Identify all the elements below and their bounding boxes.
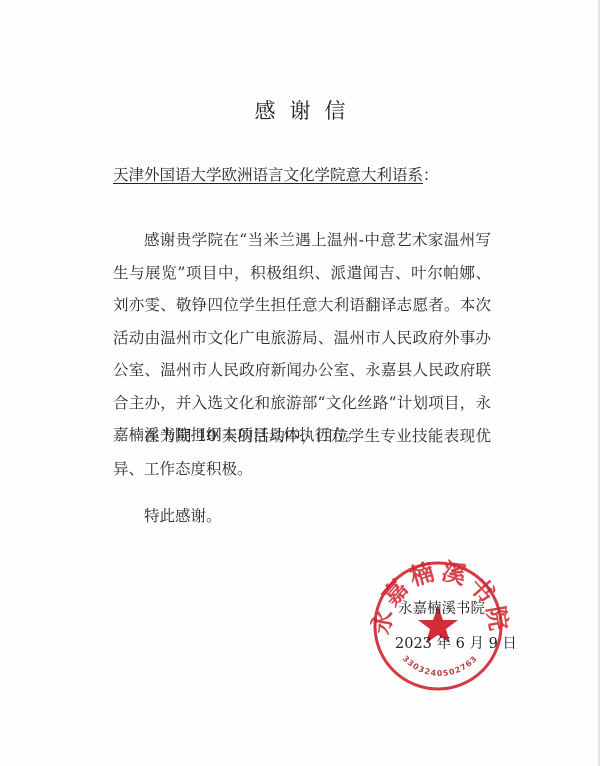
paragraph-performance: 在为期 10 天的活动中，四位学生专业技能表现优异、工作态度积极。 [113, 420, 491, 485]
seal-stamp-icon: 永嘉楠溪书院 3303240502763 [370, 558, 510, 694]
svg-text:3303240502763: 3303240502763 [401, 654, 480, 678]
recipient-name: 天津外国语大学欧洲语言文化学院意大利语系 [113, 166, 423, 184]
official-seal: 永嘉楠溪书院 3303240502763 [370, 558, 510, 694]
letter-title: 感谢信 [0, 95, 600, 125]
signature-organization: 永嘉楠溪书院 [398, 597, 485, 618]
signature-date: 2023 年 6 月 9 日 [395, 632, 517, 653]
recipient-line: 天津外国语大学欧洲语言文化学院意大利语系： [113, 163, 439, 185]
paragraph-main: 感谢贵学院在“当米兰遇上温州-中意艺术家温州写生与展览”项目中，积极组织、派遣闻… [113, 224, 491, 452]
recipient-colon: ： [423, 166, 439, 184]
paragraph-closing: 特此感谢。 [113, 500, 491, 533]
